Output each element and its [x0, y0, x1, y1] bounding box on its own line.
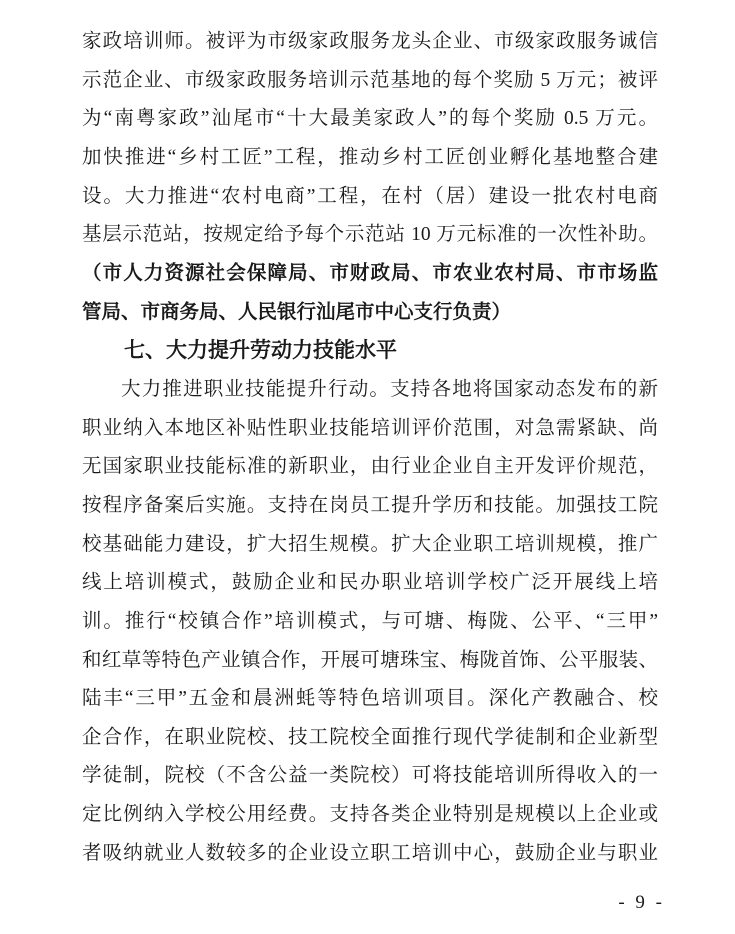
- document-line: 基层示范站，按规定给予每个示范站 10 万元标准的一次性补助。: [82, 216, 658, 255]
- document-line: （市人力资源社会保障局、市财政局、市农业农村局、市市场监: [82, 255, 658, 294]
- document-line: 校基础能力建设，扩大招生规模。扩大企业职工培训规模，推广: [82, 526, 658, 565]
- document-line: 示范企业、市级家政服务培训示范基地的每个奖励 5 万元；被评: [82, 62, 658, 101]
- document-line: 为“南粤家政”汕尾市“十大最美家政人”的每个奖励 0.5 万元。: [82, 100, 658, 139]
- document-line: 管局、市商务局、人民银行汕尾市中心支行负责）: [82, 294, 658, 333]
- document-line: 按程序备案后实施。支持在岗员工提升学历和技能。加强技工院: [82, 487, 658, 526]
- section-heading: 七、大力提升劳动力技能水平: [82, 332, 658, 371]
- document-line: 无国家职业技能标准的新职业，由行业企业自主开发评价规范，: [82, 448, 658, 487]
- document-line: 线上培训模式，鼓励企业和民办职业培训学校广泛开展线上培: [82, 564, 658, 603]
- document-line: 家政培训师。被评为市级家政服务龙头企业、市级家政服务诚信: [82, 23, 658, 62]
- page-number: - 9 -: [618, 892, 665, 914]
- document-line: 设。大力推进“农村电商”工程，在村（居）建设一批农村电商: [82, 178, 658, 217]
- document-line: 训。推行“校镇合作”培训模式，与可塘、梅陇、公平、“三甲”: [82, 603, 658, 642]
- document-line: 陆丰“三甲”五金和晨洲蚝等特色培训项目。深化产教融合、校: [82, 680, 658, 719]
- document-line: 者吸纳就业人数较多的企业设立职工培训中心，鼓励企业与职业: [82, 835, 658, 874]
- document-page: 家政培训师。被评为市级家政服务龙头企业、市级家政服务诚信示范企业、市级家政服务培…: [0, 0, 735, 934]
- document-line: 定比例纳入学校公用经费。支持各类企业特别是规模以上企业或: [82, 796, 658, 835]
- document-line: 职业纳入本地区补贴性职业技能培训评价范围，对急需紧缺、尚: [82, 410, 658, 449]
- document-line: 企合作，在职业院校、技工院校全面推行现代学徒制和企业新型: [82, 719, 658, 758]
- text-block: 家政培训师。被评为市级家政服务龙头企业、市级家政服务诚信示范企业、市级家政服务培…: [82, 23, 658, 873]
- document-line: 和红草等特色产业镇合作，开展可塘珠宝、梅陇首饰、公平服装、: [82, 642, 658, 681]
- document-line: 大力推进职业技能提升行动。支持各地将国家动态发布的新: [82, 371, 658, 410]
- document-line: 学徒制，院校（不含公益一类院校）可将技能培训所得收入的一: [82, 757, 658, 796]
- document-line: 加快推进“乡村工匠”工程，推动乡村工匠创业孵化基地整合建: [82, 139, 658, 178]
